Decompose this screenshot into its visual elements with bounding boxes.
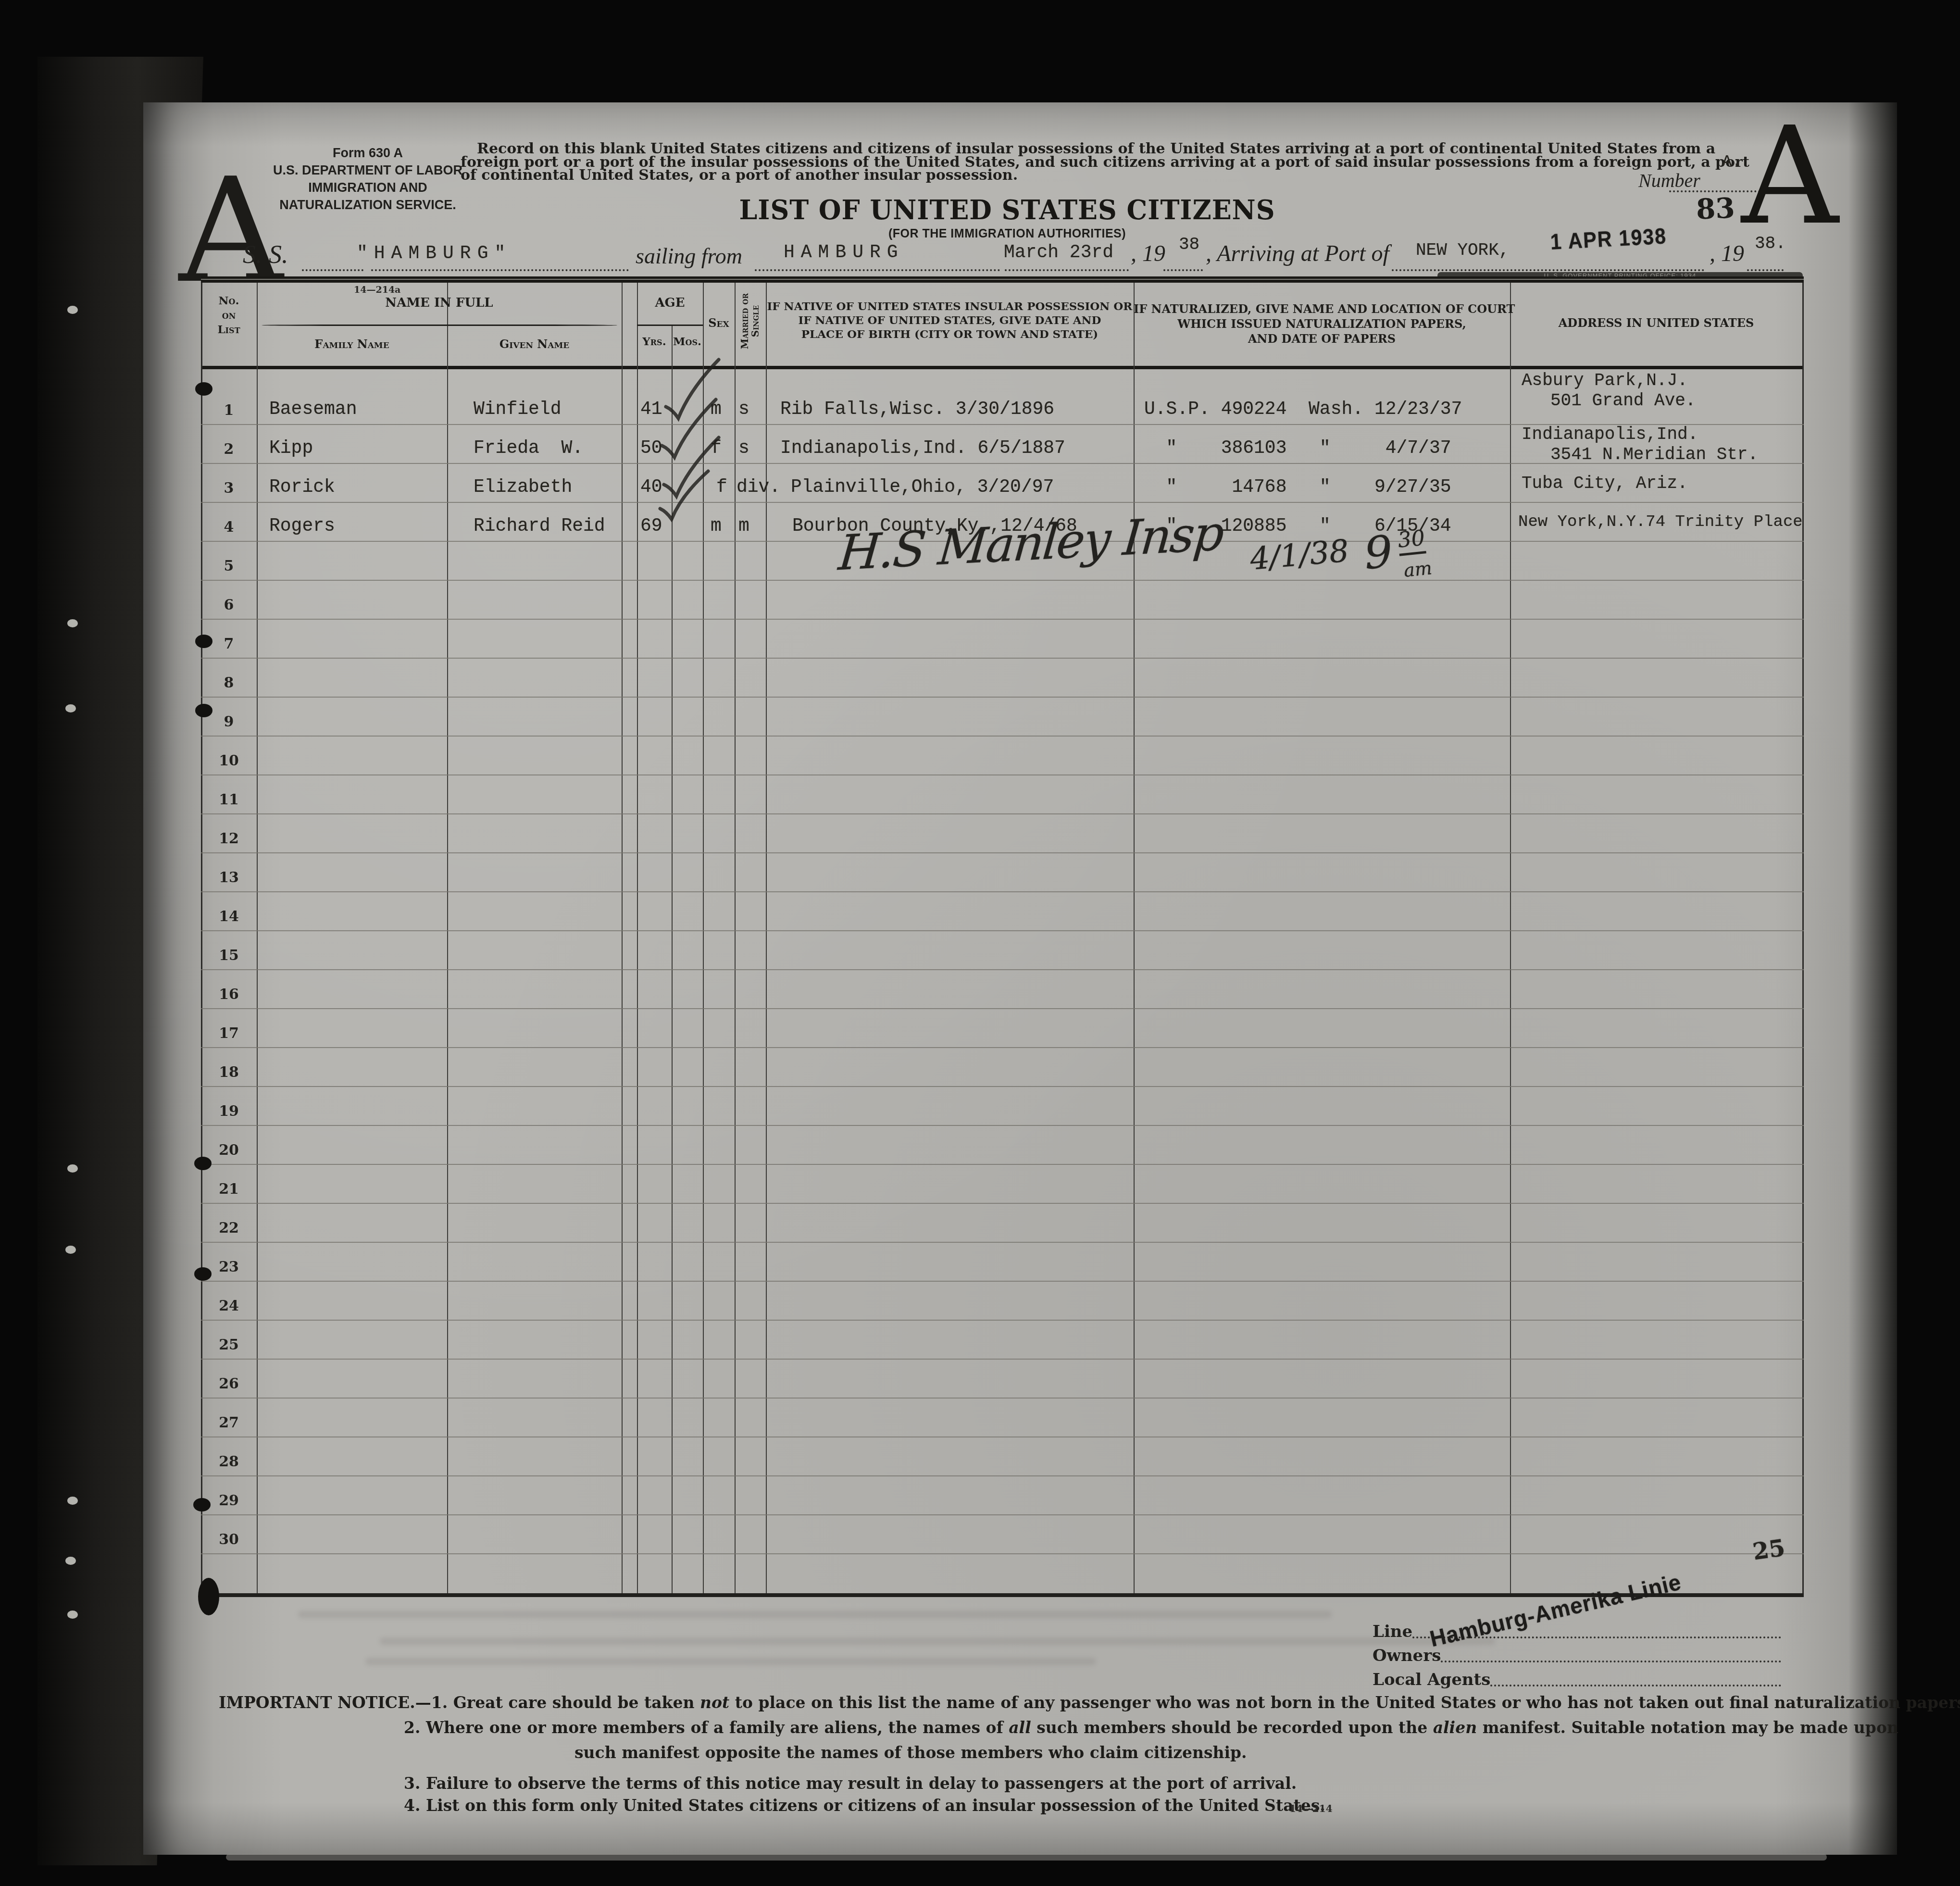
punch-hole — [194, 1267, 212, 1281]
inspection-time-minutes: 30 — [1397, 525, 1426, 556]
owners-blank — [1441, 1661, 1781, 1662]
spine-punch-hole — [67, 1611, 78, 1619]
inspection-time-ampm: am — [1403, 557, 1433, 581]
spine-punch-hole — [65, 704, 76, 712]
punch-hole — [198, 1578, 219, 1615]
spine-punch-hole — [67, 306, 78, 314]
local-agents-blank — [1490, 1685, 1781, 1686]
notice-line-3: such manifest opposite the names of thos… — [574, 1743, 1247, 1762]
spine-punch-hole — [65, 1246, 76, 1254]
bleed-through-smudge — [380, 1637, 1495, 1645]
page-number-stamp: 25 — [1751, 1535, 1786, 1566]
inspection-time-hour: 9 — [1362, 526, 1394, 579]
line-label: Line — [1373, 1622, 1412, 1641]
print-code-bottom: 14—214 — [1289, 1803, 1333, 1814]
punch-hole — [195, 635, 212, 648]
spine-punch-hole — [67, 619, 78, 627]
bleed-through-smudge — [365, 1658, 1096, 1665]
punch-hole — [193, 1498, 211, 1511]
bleed-through-smudge — [298, 1611, 1332, 1618]
notice-line-4: 3. Failure to observe the terms of this … — [404, 1774, 1297, 1793]
punch-hole — [195, 382, 212, 396]
handwritten-checkmarks — [0, 0, 1960, 1886]
spine-punch-hole — [67, 1497, 78, 1505]
notice-line-1: IMPORTANT NOTICE.—1. Great care should b… — [219, 1693, 1960, 1712]
owners-label: Owners — [1373, 1646, 1441, 1665]
spine-punch-hole — [65, 1557, 76, 1565]
punch-hole — [194, 1157, 212, 1170]
notice-line-2: 2. Where one or more members of a family… — [404, 1718, 1898, 1737]
scanned-manifest-document: Form 630 A U.S. DEPARTMENT OF LABOR IMMI… — [0, 0, 1960, 1886]
punch-hole — [195, 704, 212, 717]
local-agents-label: Local Agents — [1373, 1670, 1490, 1689]
spine-punch-hole — [67, 1164, 78, 1173]
notice-line-5: 4. List on this form only United States … — [404, 1796, 1325, 1815]
